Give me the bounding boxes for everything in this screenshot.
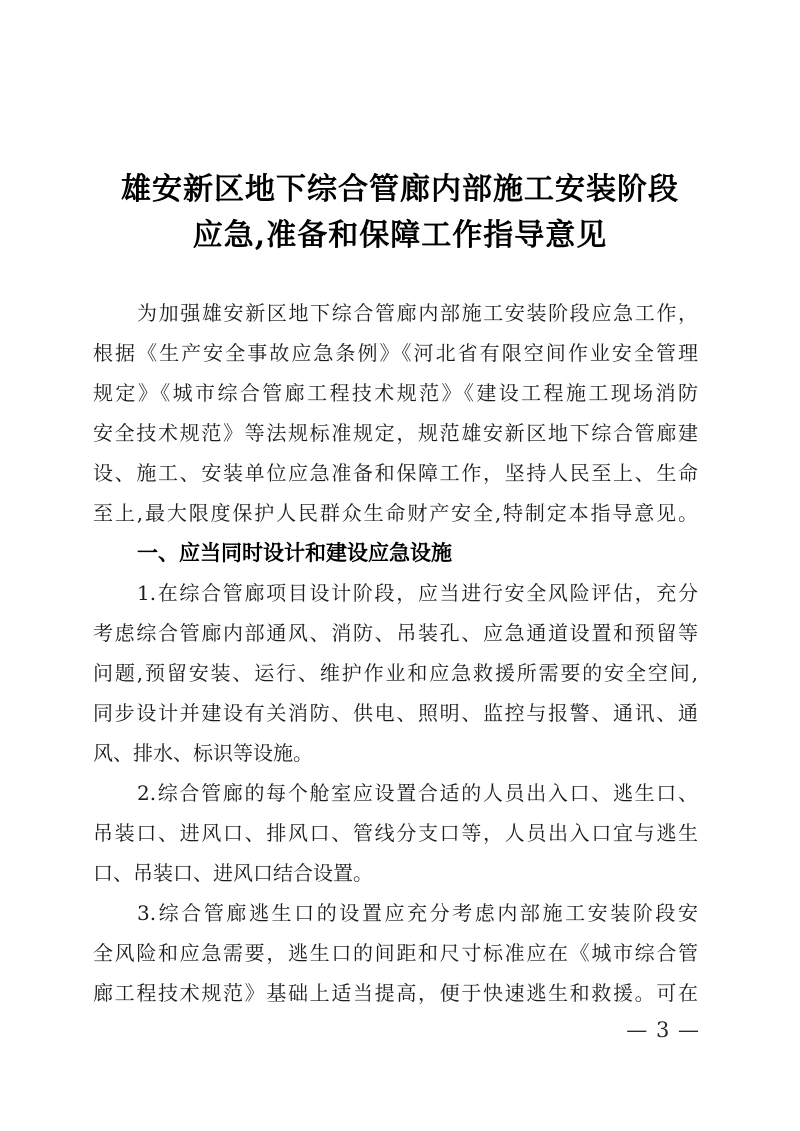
item-1-line-3: 问题,预留安装、运行、维护作业和应急救援所需要的安全空间,: [93, 653, 698, 693]
intro-line-2: 根据《生产安全事故应急条例》《河北省有限空间作业安全管理: [93, 333, 698, 373]
item-1-line-5: 风、排水、标识等设施。: [93, 733, 698, 773]
item-3-line-3: 廊工程技术规范》基础上适当提高，便于快速逃生和救援。可在: [93, 973, 698, 1013]
title-line-2: 应急,准备和保障工作指导意见: [50, 213, 750, 259]
intro-line-6: 至上,最大限度保护人民群众生命财产安全,特制定本指导意见。: [93, 493, 698, 533]
item-2-line-3: 口、吊装口、进风口结合设置。: [93, 853, 698, 893]
item-1-line-1: 1.在综合管廊项目设计阶段，应当进行安全风险评估，充分: [93, 573, 698, 613]
intro-line-5: 设、施工、安装单位应急准备和保障工作，坚持人民至上、生命: [93, 453, 698, 493]
intro-line-3: 规定》《城市综合管廊工程技术规范》《建设工程施工现场消防: [93, 373, 698, 413]
intro-line-4: 安全技术规范》等法规标准规定，规范雄安新区地下综合管廊建: [93, 413, 698, 453]
page-number: — 3 —: [626, 1015, 700, 1045]
item-3-line-2: 全风险和应急需要，逃生口的间距和尺寸标准应在《城市综合管: [93, 933, 698, 973]
item-1-line-2: 考虑综合管廊内部通风、消防、吊装孔、应急通道设置和预留等: [93, 613, 698, 653]
item-3-line-1: 3.综合管廊逃生口的设置应充分考虑内部施工安装阶段安: [93, 893, 698, 933]
document-body: 为加强雄安新区地下综合管廊内部施工安装阶段应急工作， 根据《生产安全事故应急条例…: [93, 293, 698, 1013]
intro-line-1: 为加强雄安新区地下综合管廊内部施工安装阶段应急工作，: [93, 293, 698, 333]
document-title: 雄安新区地下综合管廊内部施工安装阶段 应急,准备和保障工作指导意见: [50, 167, 750, 259]
title-line-1: 雄安新区地下综合管廊内部施工安装阶段: [50, 167, 750, 213]
item-2-line-1: 2.综合管廊的每个舱室应设置合适的人员出入口、逃生口、: [93, 773, 698, 813]
item-1-line-4: 同步设计并建设有关消防、供电、照明、监控与报警、通讯、通: [93, 693, 698, 733]
item-2-line-2: 吊装口、进风口、排风口、管线分支口等，人员出入口宜与逃生: [93, 813, 698, 853]
document-page: 雄安新区地下综合管廊内部施工安装阶段 应急,准备和保障工作指导意见 为加强雄安新…: [0, 0, 800, 1131]
section-1-heading: 一、应当同时设计和建设应急设施: [93, 533, 698, 573]
